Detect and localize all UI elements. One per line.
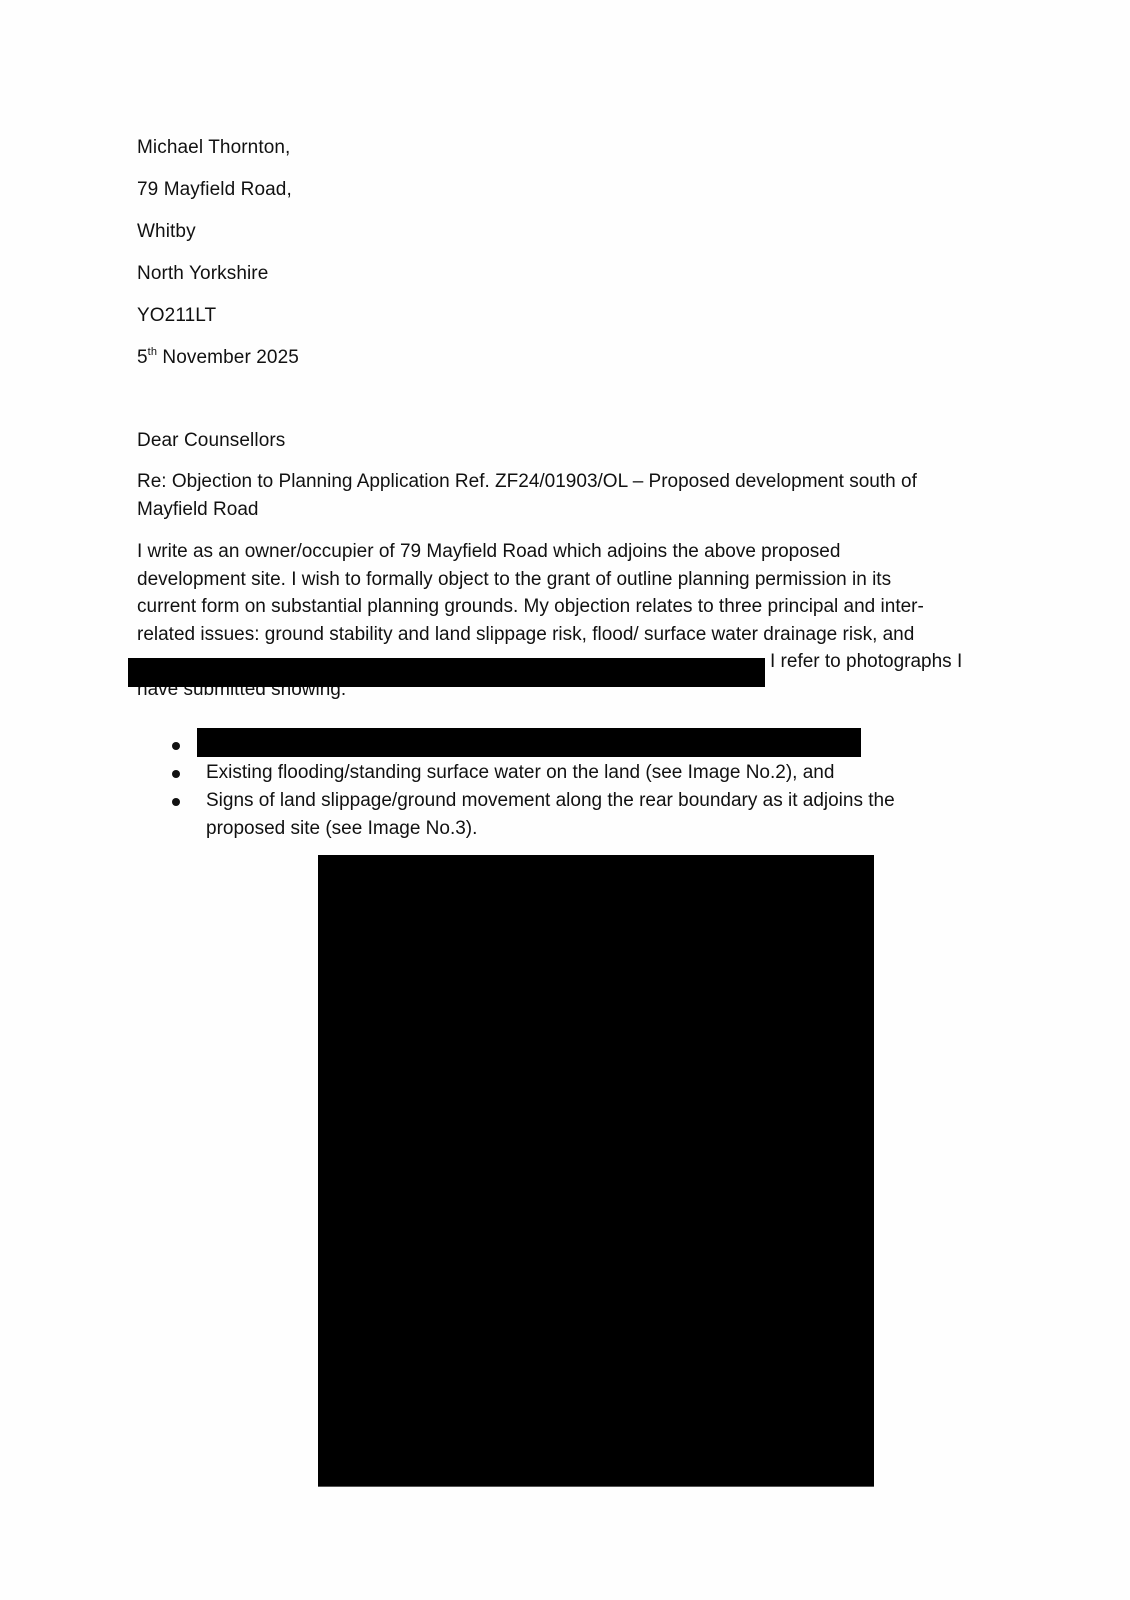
salutation: Dear Counsellors — [137, 430, 285, 452]
redaction-bar-bullet — [197, 728, 861, 757]
bullet-text: Existing flooding/standing surface water… — [206, 759, 834, 787]
body-line-1: I write as an owner/occupier of 79 Mayfi… — [137, 538, 987, 566]
bullet-text-line: Existing flooding/standing surface water… — [206, 759, 834, 787]
date-suffix: th — [148, 346, 157, 358]
sender-postcode: YO211LT — [137, 305, 216, 327]
bullet-dot-icon — [172, 798, 180, 806]
sender-address-line: 79 Mayfield Road, — [137, 179, 292, 201]
subject-line: Re: Objection to Planning Application Re… — [137, 468, 987, 523]
date-day: 5 — [137, 347, 148, 368]
letter-page: Michael Thornton, 79 Mayfield Road, Whit… — [0, 0, 1130, 1600]
redacted-image — [318, 855, 874, 1487]
bullet-text-line: Signs of land slippage/ground movement a… — [206, 787, 895, 815]
sender-town: Whitby — [137, 221, 196, 243]
bullet-text-line: proposed site (see Image No.3). — [206, 815, 895, 843]
redaction-bar-paragraph — [128, 658, 765, 687]
subject-line-2: Mayfield Road — [137, 496, 987, 524]
bullet-text: Signs of land slippage/ground movement a… — [206, 787, 895, 842]
bullet-dot-icon — [172, 770, 180, 778]
subject-line-1: Re: Objection to Planning Application Re… — [137, 468, 987, 496]
body-line-3: current form on substantial planning gro… — [137, 593, 987, 621]
sender-county: North Yorkshire — [137, 263, 268, 285]
bullet-dot-icon — [172, 742, 180, 750]
date-rest: November 2025 — [157, 347, 299, 368]
sender-name: Michael Thornton, — [137, 137, 290, 159]
letter-date: 5th November 2025 — [137, 347, 299, 369]
body-line-2: development site. I wish to formally obj… — [137, 566, 987, 594]
body-line-4: related issues: ground stability and lan… — [137, 621, 987, 649]
